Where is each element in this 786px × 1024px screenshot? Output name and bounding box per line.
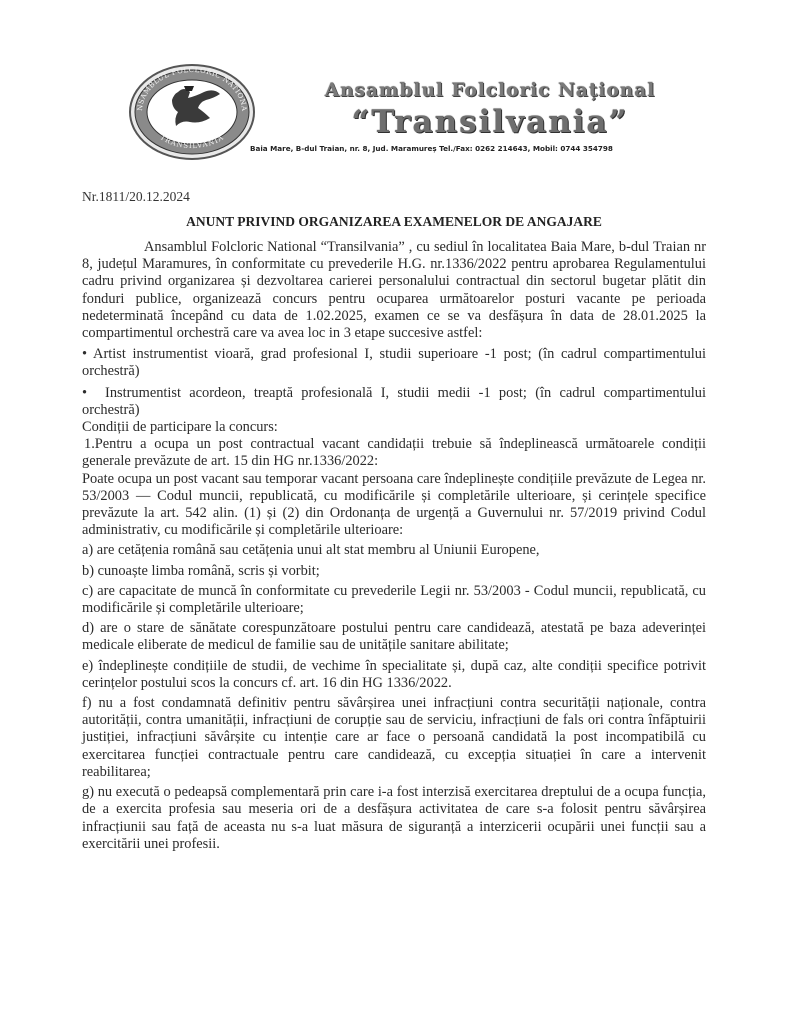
bullet-icon: • <box>82 385 87 402</box>
document-number: Nr.1811/20.12.2024 <box>82 189 190 205</box>
organization-subname: “Transilvania” <box>260 104 720 140</box>
bullet-icon: • <box>82 346 87 363</box>
requirement-item: a) are cetățenia română sau cetățenia un… <box>82 542 706 559</box>
intro-paragraph: Ansamblul Folcloric National “Transilvan… <box>82 239 706 342</box>
requirement-item: e) îndeplinește condițiile de studii, de… <box>82 658 706 692</box>
requirement-item: f) nu a fost condamnată definitiv pentru… <box>82 695 706 781</box>
document-title: ANUNT PRIVIND ORGANIZAREA EXAMENELOR DE … <box>82 214 706 230</box>
letterhead: ANSAMBLUL FOLCLORIC NATIONAL TRANSILVANI… <box>128 62 718 162</box>
organization-contact: Baia Mare, B-dul Traian, nr. 8, Jud. Mar… <box>250 144 730 153</box>
requirement-item: d) are o stare de sănătate corespunzătoa… <box>82 620 706 654</box>
organization-name: Ansamblul Folcloric Național <box>260 80 720 101</box>
general-rule: Poate ocupa un post vacant sau temporar … <box>82 471 706 540</box>
ensemble-seal-logo-icon: ANSAMBLUL FOLCLORIC NATIONAL TRANSILVANI… <box>128 62 256 162</box>
conditions-heading: Condiții de participare la concurs: <box>82 419 706 436</box>
position-item: •Instrumentist acordeon, treaptă profesi… <box>82 385 706 419</box>
position-text: Artist instrumentist vioară, grad profes… <box>82 346 706 379</box>
requirement-item: b) cunoaște limba română, scris și vorbi… <box>82 563 706 580</box>
condition-1: 1.Pentru a ocupa un post contractual vac… <box>82 436 706 470</box>
document-body: Ansamblul Folcloric National “Transilvan… <box>82 239 706 853</box>
position-text: Instrumentist acordeon, treaptă profesio… <box>82 385 706 418</box>
requirement-item: c) are capacitate de muncă în conformita… <box>82 583 706 617</box>
requirement-item: g) nu execută o pedeapsă complementară p… <box>82 784 706 853</box>
position-item: •Artist instrumentist vioară, grad profe… <box>82 346 706 380</box>
